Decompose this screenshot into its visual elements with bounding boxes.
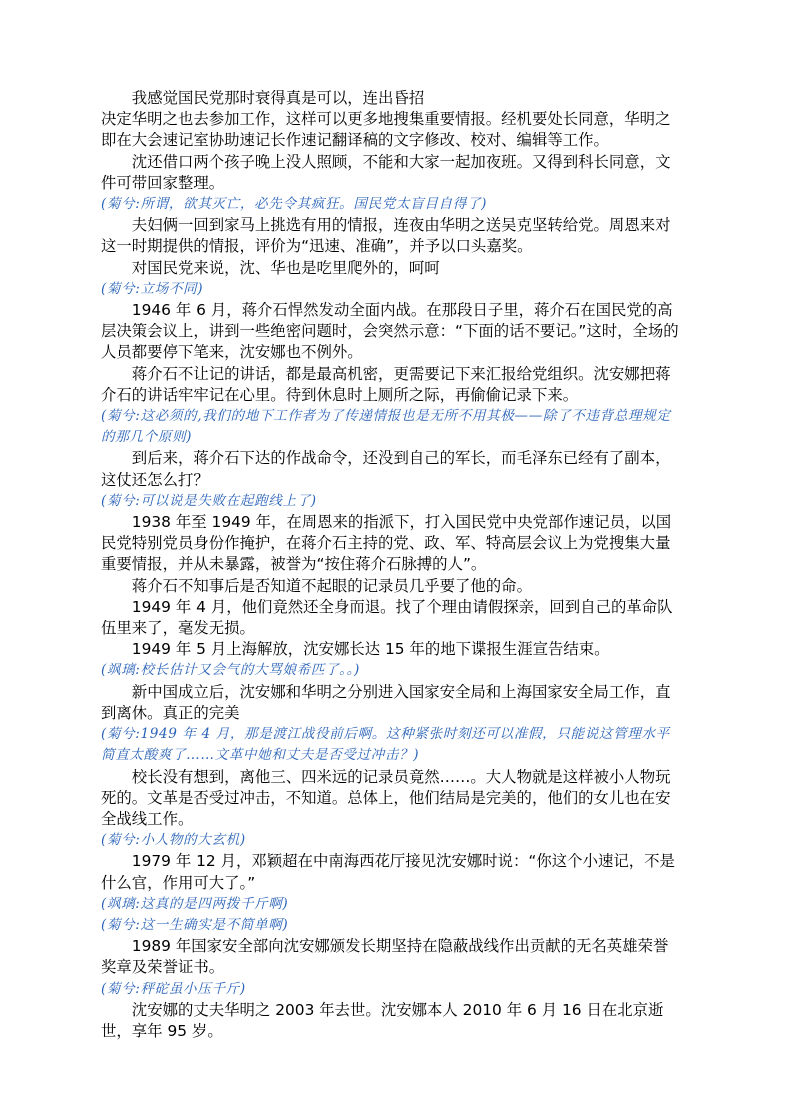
paragraph: 1949 年 5 月上海解放，沈安娜长达 15 年的地下谍报生涯宣告结束。 (101, 639, 681, 660)
paragraph: 我感觉国民党那时衰得真是可以，连出昏招 (101, 88, 681, 109)
paragraph: 1979 年 12 月，邓颖超在中南海西花厅接见沈安娜时说：“你这个小速记，不是… (101, 851, 681, 893)
paragraph: 1949 年 4 月，他们竟然还全身而退。找了个理由请假探亲，回到自己的革命队伍… (101, 597, 681, 639)
reader-comment: (菊兮:1949 年 4 月，那是渡江战役前后啊。这种紧张时刻还可以准假，只能说… (101, 724, 681, 766)
paragraph: 蒋介石不知事后是否知道不起眼的记录员几乎要了他的命。 (101, 576, 681, 597)
paragraph: 夫妇俩一回到家马上挑选有用的情报，连夜由华明之送吴克坚转给党。周恩来对这一时期提… (101, 215, 681, 257)
paragraph: 沈安娜的丈夫华明之 2003 年去世。沈安娜本人 2010 年 6 月 16 日… (101, 1000, 681, 1042)
reader-comment: (飒璃:校长估计又会气的大骂娘希匹了。。) (101, 660, 681, 681)
paragraph: 沈还借口两个孩子晚上没人照顾，不能和大家一起加夜班。又得到科长同意，文件可带回家… (101, 152, 681, 194)
paragraph: 校长没有想到，离他三、四米远的记录员竟然……。大人物就是这样被小人物玩死的。文革… (101, 767, 681, 831)
reader-comment: (飒璃:这真的是四两拨千斤啊) (101, 894, 681, 915)
document-page: 我感觉国民党那时衰得真是可以，连出昏招 决定华明之也去参加工作，这样可以更多地搜… (101, 88, 681, 1042)
paragraph: 蒋介石不让记的讲话，都是最高机密，更需要记下来汇报给党组织。沈安娜把蒋介石的讲话… (101, 364, 681, 406)
paragraph: 1938 年至 1949 年，在周恩来的指派下，打入国民党中央党部作速记员，以国… (101, 512, 681, 576)
paragraph: 1989 年国家安全部向沈安娜颁发长期坚持在隐蔽战线作出贡献的无名英雄荣誉奖章及… (101, 936, 681, 978)
reader-comment: (菊兮:秤砣虽小压千斤) (101, 979, 681, 1000)
reader-comment: (菊兮:小人物的大玄机) (101, 830, 681, 851)
reader-comment: (菊兮:可以说是失败在起跑线上了) (101, 491, 681, 512)
paragraph: 1946 年 6 月，蒋介石悍然发动全面内战。在那段日子里，蒋介石在国民党的高层… (101, 300, 681, 364)
paragraph: 新中国成立后，沈安娜和华明之分别进入国家安全局和上海国家安全局工作，直到离休。真… (101, 682, 681, 724)
reader-comment: (菊兮:所谓，欲其灭亡，必先令其疯狂。国民党太盲目自得了) (101, 194, 681, 215)
paragraph: 对国民党来说，沈、华也是吃里爬外的，呵呵 (101, 258, 681, 279)
paragraph: 到后来，蒋介石下达的作战命令，还没到自己的军长，而毛泽东已经有了副本，这仗还怎么… (101, 448, 681, 490)
reader-comment: (菊兮:这必须的,我们的地下工作者为了传递情报也是无所不用其极——除了不违背总理… (101, 406, 681, 448)
reader-comment: (菊兮:立场不同) (101, 279, 681, 300)
paragraph: 决定华明之也去参加工作，这样可以更多地搜集重要情报。经机要处长同意，华明之即在大… (101, 109, 681, 151)
reader-comment: (菊兮:这一生确实是不简单啊) (101, 915, 681, 936)
